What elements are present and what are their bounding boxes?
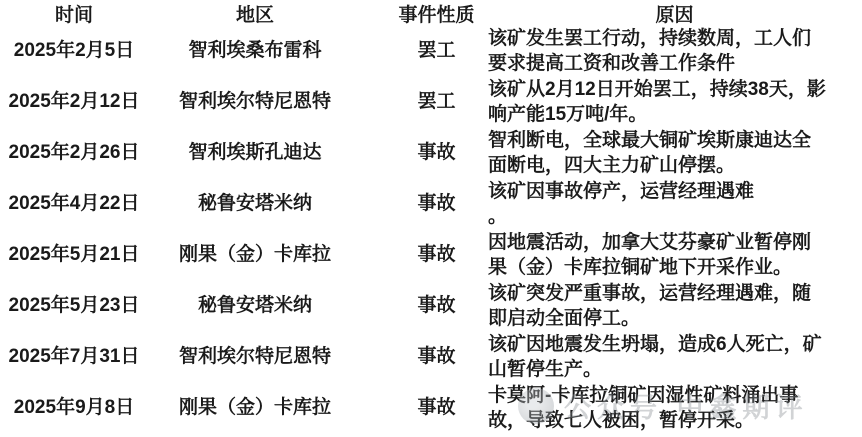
event-date: 2025年5月23日 xyxy=(0,280,148,331)
event-reason: 该矿突发严重事故，运营经理遇难，随 即启动全面停工。 xyxy=(487,280,862,331)
event-nature: 事故 xyxy=(362,229,487,280)
event-reason: 因地震活动，加拿大艾芬豪矿业暂停刚 果（金）卡库拉铜矿地下开采作业。 xyxy=(487,229,862,280)
table-row: 2025年5月21日 刚果（金）卡库拉 事故 因地震活动，加拿大艾芬豪矿业暂停刚… xyxy=(0,229,862,280)
event-nature: 事故 xyxy=(362,382,487,433)
event-reason: 该矿发生罢工行动，持续数周，工人们 要求提高工资和改善工作条件 xyxy=(487,25,862,76)
table-row: 2025年4月22日 秘鲁安塔米纳 事故 该矿因事故停产，运营经理遇难 。 xyxy=(0,178,862,229)
table-header-row: 时间 地区 事件性质 原因 xyxy=(0,0,862,25)
event-reason: 该矿因事故停产，运营经理遇难 。 xyxy=(487,178,862,229)
table-row: 2025年2月5日 智利埃桑布雷科 罢工 该矿发生罢工行动，持续数周，工人们 要… xyxy=(0,25,862,76)
event-reason: 卡莫阿-卡库拉铜矿因湿性矿料涌出事 故，导致七人被困，暂停开采。 xyxy=(487,382,862,433)
table-row: 2025年2月26日 智利埃斯孔迪达 事故 智利断电，全球最大铜矿埃斯康迪达全 … xyxy=(0,127,862,178)
event-region: 刚果（金）卡库拉 xyxy=(148,382,362,433)
event-date: 2025年2月12日 xyxy=(0,76,148,127)
event-region: 刚果（金）卡库拉 xyxy=(148,229,362,280)
event-nature: 罢工 xyxy=(362,25,487,76)
table-row: 2025年7月31日 智利埃尔特尼恩特 事故 该矿因地震发生坍塌，造成6人死亡，… xyxy=(0,331,862,382)
event-nature: 事故 xyxy=(362,178,487,229)
event-reason: 该矿从2月12日开始罢工，持续38天，影 响产能15万吨/年。 xyxy=(487,76,862,127)
event-region: 秘鲁安塔米纳 xyxy=(148,280,362,331)
event-nature: 事故 xyxy=(362,331,487,382)
event-region: 智利埃尔特尼恩特 xyxy=(148,76,362,127)
event-date: 2025年2月26日 xyxy=(0,127,148,178)
event-region: 智利埃桑布雷科 xyxy=(148,25,362,76)
event-date: 2025年5月21日 xyxy=(0,229,148,280)
event-nature: 事故 xyxy=(362,127,487,178)
mine-incident-table-page: 时间 地区 事件性质 原因 2025年2月5日 智利埃桑布雷科 罢工 该矿发生罢… xyxy=(0,0,862,437)
event-reason: 智利断电，全球最大铜矿埃斯康迪达全 面断电，四大主力矿山停摆。 xyxy=(487,127,862,178)
event-nature: 罢工 xyxy=(362,76,487,127)
event-region: 智利埃尔特尼恩特 xyxy=(148,331,362,382)
event-nature: 事故 xyxy=(362,280,487,331)
event-date: 2025年4月22日 xyxy=(0,178,148,229)
table-row: 2025年9月8日 刚果（金）卡库拉 事故 卡莫阿-卡库拉铜矿因湿性矿料涌出事 … xyxy=(0,382,862,433)
table-row: 2025年5月23日 秘鲁安塔米纳 事故 该矿突发严重事故，运营经理遇难，随 即… xyxy=(0,280,862,331)
event-reason: 该矿因地震发生坍塌，造成6人死亡，矿 山暂停生产。 xyxy=(487,331,862,382)
event-date: 2025年2月5日 xyxy=(0,25,148,76)
table-row: 2025年2月12日 智利埃尔特尼恩特 罢工 该矿从2月12日开始罢工，持续38… xyxy=(0,76,862,127)
event-region: 秘鲁安塔米纳 xyxy=(148,178,362,229)
event-date: 2025年9月8日 xyxy=(0,382,148,433)
event-date: 2025年7月31日 xyxy=(0,331,148,382)
event-region: 智利埃斯孔迪达 xyxy=(148,127,362,178)
